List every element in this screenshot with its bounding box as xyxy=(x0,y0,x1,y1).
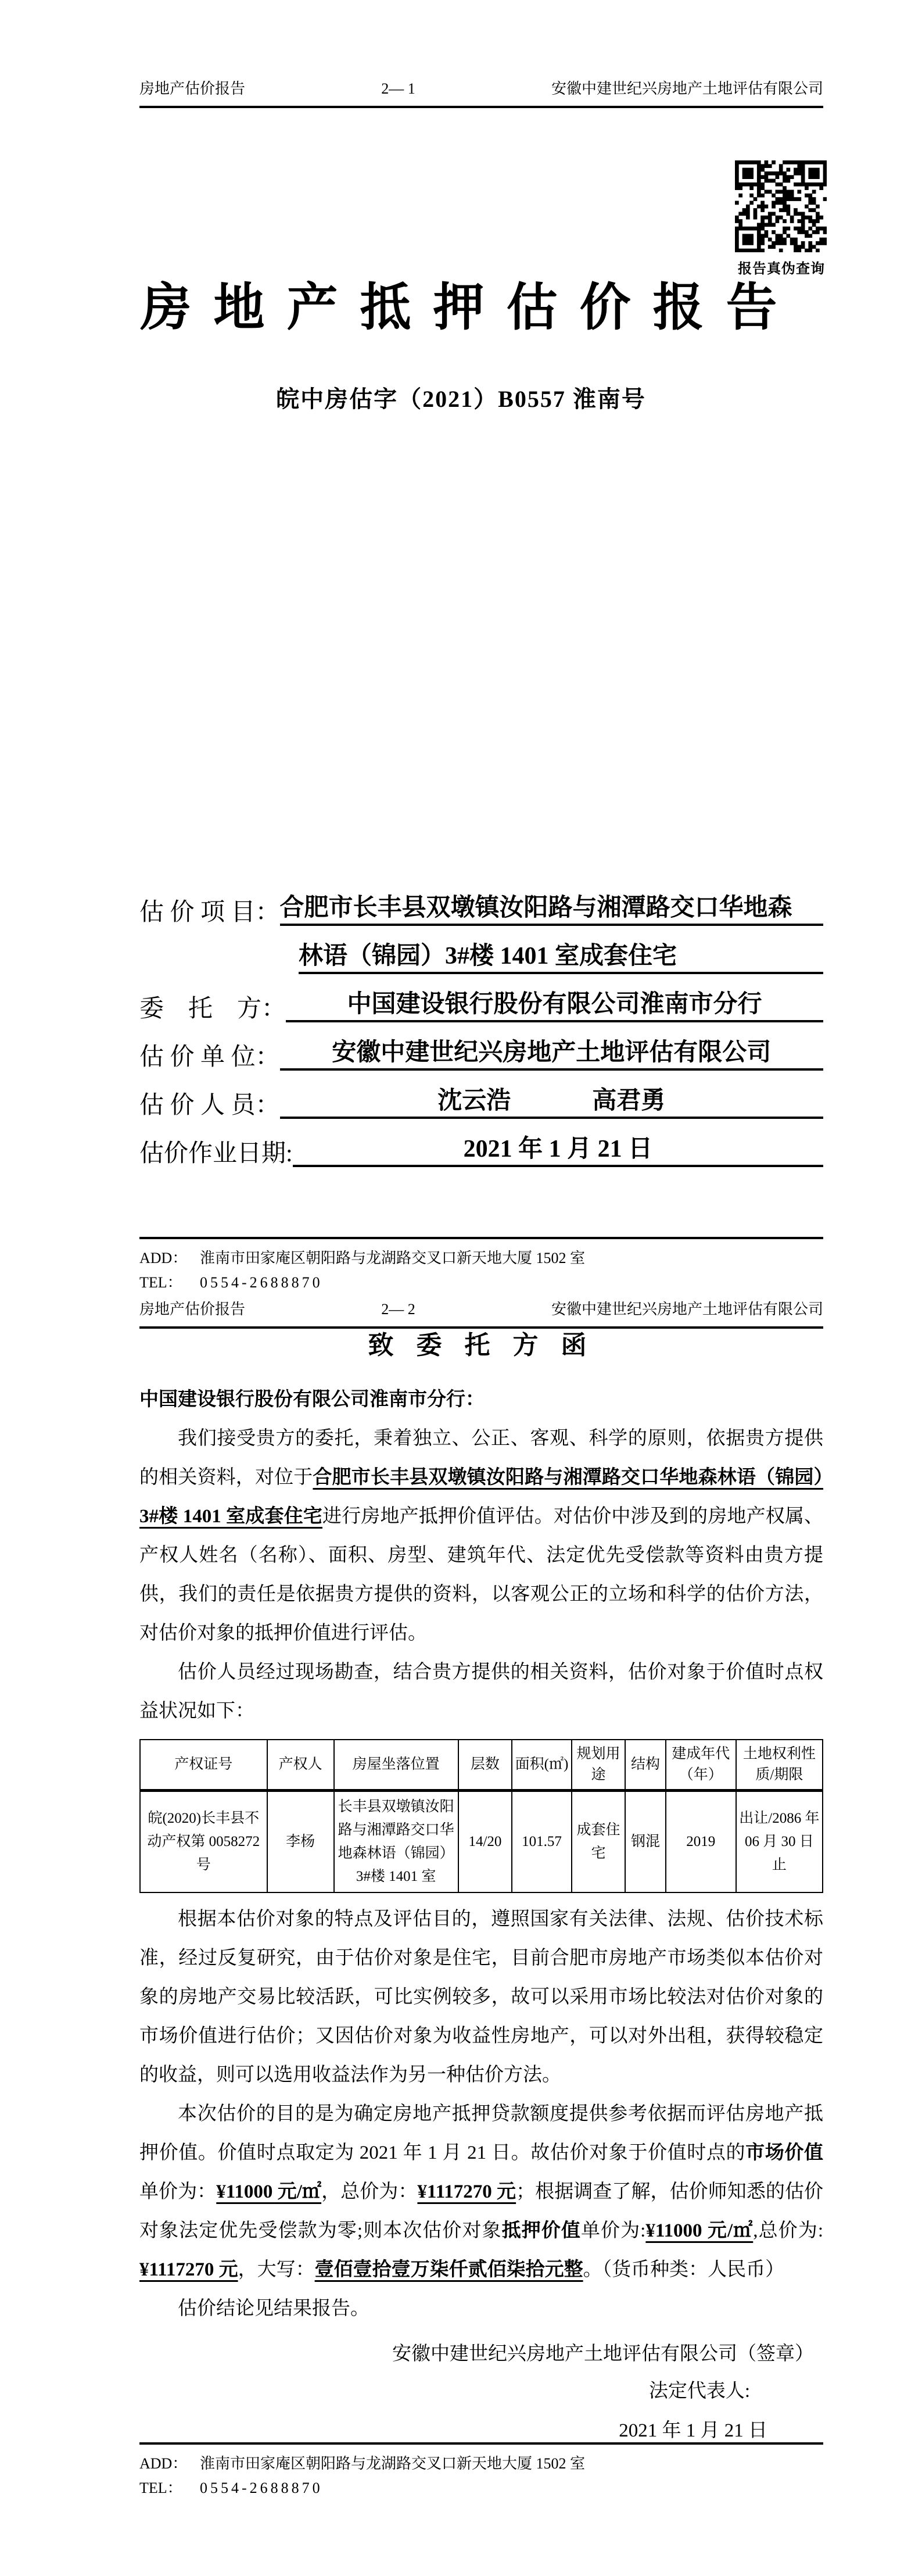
amount-in-words: 壹佰壹拾壹万柒仟贰佰柒拾元整 xyxy=(315,2259,583,2280)
para-run: ，大写： xyxy=(238,2259,315,2280)
page-header: 房地产估价报告 2— 1 安徽中建世纪兴房地产土地评估有限公司 xyxy=(139,80,823,108)
col-floor: 层数 xyxy=(458,1740,512,1791)
mortgage-unit-price: ¥11000 元/㎡ xyxy=(645,2220,753,2241)
report-number: 皖中房估字（2021）B0557 淮南号 xyxy=(0,381,922,414)
footer-tel-line: TEL： 0554-2688870 xyxy=(139,1271,823,1295)
project-label: 估 价 项 目： xyxy=(139,899,280,926)
mortgage-total-price: ¥1117270 元 xyxy=(139,2259,238,2280)
cover-page: 房地产估价报告 2— 1 安徽中建世纪兴房地产土地评估有限公司 报告真伪查询 房… xyxy=(0,0,922,1296)
footer-add-label: ADD： xyxy=(139,2452,200,2476)
work-date-label: 估价作业日期: xyxy=(139,1140,293,1167)
paragraph-inspection: 估价人员经过现场勘查，结合贵方提供的相关资料，估价对象于价值时点权益状况如下： xyxy=(139,1653,823,1731)
signature-company: 安徽中建世纪兴房地产土地评估有限公司（签章） xyxy=(139,2341,823,2367)
footer-address: 淮南市田家庵区朝阳路与龙湖路交叉口新天地大厦 1502 室 xyxy=(200,1246,585,1271)
col-structure: 结构 xyxy=(625,1740,665,1791)
para-run: 单价为: xyxy=(581,2220,645,2241)
cell-structure: 钢混 xyxy=(625,1791,665,1893)
cell-location: 长丰县双墩镇汝阳路与湘潭路交口华地森林语（锦园）3#楼 1401 室 xyxy=(334,1791,458,1893)
agency-value: 安徽中建世纪兴房地产土地评估有限公司 xyxy=(280,1039,823,1071)
cell-planned-use: 成套住宅 xyxy=(572,1791,626,1893)
property-rights-table: 产权证号 产权人 房屋坐落位置 层数 面积(㎡) 规划用途 结构 建成年代（年）… xyxy=(139,1739,823,1893)
col-planned-use: 规划用途 xyxy=(572,1740,626,1791)
table-header-row: 产权证号 产权人 房屋坐落位置 层数 面积(㎡) 规划用途 结构 建成年代（年）… xyxy=(140,1740,823,1791)
footer-address-line: ADD： 淮南市田家庵区朝阳路与龙湖路交叉口新天地大厦 1502 室 xyxy=(139,2452,823,2476)
agency-label: 估 价 单 位： xyxy=(139,1044,280,1071)
appraiser-name-1: 沈云浩 xyxy=(437,1087,511,1115)
header-page-number: 2— 1 xyxy=(381,80,415,98)
header-page-number: 2— 2 xyxy=(381,1301,415,1318)
report-title: 房 地 产 抵 押 估 价 报 告 xyxy=(0,278,922,339)
mortgage-value-term: 抵押价值 xyxy=(502,2220,581,2241)
appraisers-label: 估 价 人 员： xyxy=(139,1092,280,1119)
signature-date: 2021 年 1 月 21 日 xyxy=(139,2418,823,2443)
table-row: 皖(2020)长丰县不动产权第 0058272 号 李杨 长丰县双墩镇汝阳路与湘… xyxy=(140,1791,823,1893)
field-appraisers: 估 价 人 员： 沈云浩 高君勇 xyxy=(139,1087,823,1119)
letter-body: 致 委 托 方 函 中国建设银行股份有限公司淮南市分行： 我们接受贵方的委托，秉… xyxy=(139,1329,823,2443)
market-value-term: 市场价值 xyxy=(745,2142,823,2163)
page-footer: ADD： 淮南市田家庵区朝阳路与龙湖路交叉口新天地大厦 1502 室 TEL： … xyxy=(139,2442,823,2500)
cell-floor: 14/20 xyxy=(458,1791,512,1893)
cell-area: 101.57 xyxy=(512,1791,571,1893)
footer-phone: 0554-2688870 xyxy=(200,1271,323,1295)
qr-verification-block: 报告真伪查询 xyxy=(735,160,828,277)
col-owner: 产权人 xyxy=(267,1740,334,1791)
para-run: ,总价为: xyxy=(753,2220,823,2241)
header-company: 安徽中建世纪兴房地产土地评估有限公司 xyxy=(551,80,823,98)
col-location: 房屋坐落位置 xyxy=(334,1740,458,1791)
col-certificate-no: 产权证号 xyxy=(140,1740,267,1791)
para-run: ，总价为： xyxy=(321,2181,417,2202)
page-header: 房地产估价报告 2— 2 安徽中建世纪兴房地产土地评估有限公司 xyxy=(139,1301,823,1329)
footer-tel-label: TEL： xyxy=(139,1271,200,1295)
project-value-line2: 林语（锦园）3#楼 1401 室成套住宅 xyxy=(299,942,823,974)
header-doc-type: 房地产估价报告 xyxy=(139,1301,245,1318)
client-label: 委 托 方： xyxy=(139,996,286,1022)
letter-title: 致 委 托 方 函 xyxy=(139,1329,823,1362)
appraisal-report-document: { "header": { "doc_type": "房地产估价报告", "co… xyxy=(0,0,922,2576)
cell-certificate-no: 皖(2020)长丰县不动产权第 0058272 号 xyxy=(140,1791,267,1893)
appraiser-name-2: 高君勇 xyxy=(592,1087,665,1115)
footer-tel-line: TEL： 0554-2688870 xyxy=(139,2476,823,2500)
col-year-built: 建成年代（年） xyxy=(666,1740,736,1791)
paragraph-conclusion-note: 估价结论见结果报告。 xyxy=(139,2289,823,2328)
para-run: 。（货币种类：人民币） xyxy=(583,2259,785,2280)
qr-code-icon xyxy=(735,160,827,252)
letter-page: 房地产估价报告 2— 2 安徽中建世纪兴房地产土地评估有限公司 致 委 托 方 … xyxy=(0,1296,922,2576)
client-value: 中国建设银行股份有限公司淮南市分行 xyxy=(286,990,823,1022)
footer-add-label: ADD： xyxy=(139,1246,200,1271)
signature-legal-representative: 法定代表人: xyxy=(139,2378,823,2404)
work-date-value: 2021 年 1 月 21 日 xyxy=(293,1135,823,1167)
footer-tel-label: TEL： xyxy=(139,2476,200,2500)
header-doc-type: 房地产估价报告 xyxy=(139,80,245,98)
paragraph-commission: 我们接受贵方的委托，秉着独立、公正、客观、科学的原则，依据贵方提供的相关资料，对… xyxy=(139,1419,823,1653)
field-project-line2: 林语（锦园）3#楼 1401 室成套住宅 xyxy=(139,942,823,974)
field-project: 估 价 项 目： 合肥市长丰县双墩镇汝阳路与湘潭路交口华地森 xyxy=(139,894,823,926)
footer-phone: 0554-2688870 xyxy=(200,2476,323,2500)
col-land-rights: 土地权利性质/期限 xyxy=(736,1740,823,1791)
page-footer: ADD： 淮南市田家庵区朝阳路与龙湖路交叉口新天地大厦 1502 室 TEL： … xyxy=(139,1237,823,1295)
cell-land-rights: 出让/2086 年 06 月 30 日止 xyxy=(736,1791,823,1893)
para-run: 单价为： xyxy=(139,2181,216,2202)
field-agency: 估 价 单 位： 安徽中建世纪兴房地产土地评估有限公司 xyxy=(139,1039,823,1071)
qr-caption: 报告真伪查询 xyxy=(735,257,828,277)
cover-fields: 估 价 项 目： 合肥市长丰县双墩镇汝阳路与湘潭路交口华地森 林语（锦园）3#楼… xyxy=(139,894,823,1183)
col-area: 面积(㎡) xyxy=(512,1740,571,1791)
letter-salutation: 中国建设银行股份有限公司淮南市分行： xyxy=(139,1387,823,1412)
project-value-line1: 合肥市长丰县双墩镇汝阳路与湘潭路交口华地森 xyxy=(280,894,823,926)
market-unit-price: ¥11000 元/㎡ xyxy=(216,2181,321,2202)
cell-owner: 李杨 xyxy=(267,1791,334,1893)
para-run: 本次估价的目的是为确定房地产抵押贷款额度提供参考依据而评估房地产抵押价值。价值时… xyxy=(139,2103,823,2163)
field-work-date: 估价作业日期: 2021 年 1 月 21 日 xyxy=(139,1135,823,1167)
cell-year-built: 2019 xyxy=(666,1791,736,1893)
appraisers-value: 沈云浩 高君勇 xyxy=(280,1087,823,1119)
market-total-price: ¥1117270 元 xyxy=(417,2181,516,2202)
header-company: 安徽中建世纪兴房地产土地评估有限公司 xyxy=(551,1301,823,1318)
footer-address-line: ADD： 淮南市田家庵区朝阳路与龙湖路交叉口新天地大厦 1502 室 xyxy=(139,1246,823,1271)
paragraph-methodology: 根据本估价对象的特点及评估目的，遵照国家有关法律、法规、估价技术标准，经过反复研… xyxy=(139,1900,823,2095)
footer-address: 淮南市田家庵区朝阳路与龙湖路交叉口新天地大厦 1502 室 xyxy=(200,2452,585,2476)
field-client: 委 托 方： 中国建设银行股份有限公司淮南市分行 xyxy=(139,990,823,1022)
paragraph-valuation-result: 本次估价的目的是为确定房地产抵押贷款额度提供参考依据而评估房地产抵押价值。价值时… xyxy=(139,2095,823,2289)
